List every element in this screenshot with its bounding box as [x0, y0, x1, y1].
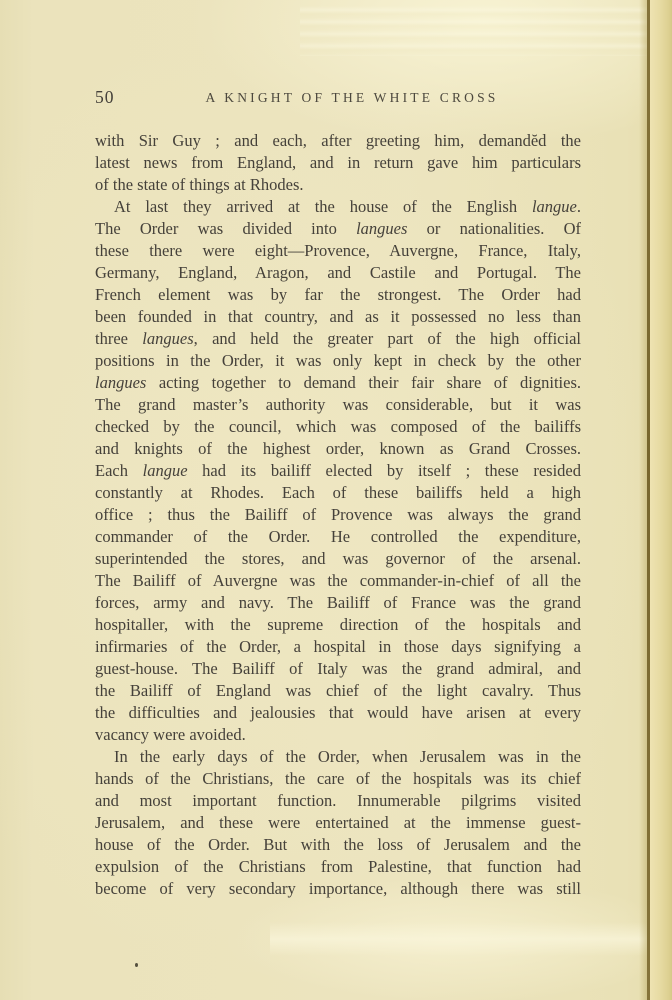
scanned-book-page: 50 A KNIGHT OF THE WHITE CROSS with Sir … — [0, 0, 672, 1000]
text-line: and knights of the highest order, known … — [95, 438, 581, 460]
text-run: hands of the Christians, the care of the… — [95, 769, 581, 788]
text-run: Each — [95, 461, 143, 480]
text-line: Each langue had its bailiff elected by i… — [95, 460, 581, 482]
page-edge-shadow — [639, 0, 647, 1000]
text-run: expulsion of the Christians from Palesti… — [95, 857, 581, 876]
text-run: checked by the council, which was compos… — [95, 417, 581, 436]
page-number: 50 — [95, 87, 115, 108]
text-line: the difficulties and jealousies that wou… — [95, 702, 581, 724]
text-line: infirmaries of the Order, a hospital in … — [95, 636, 581, 658]
running-title: A KNIGHT OF THE WHITE CROSS — [95, 87, 581, 106]
text-run: these there were eight—Provence, Auvergn… — [95, 241, 581, 260]
text-run: French element was by far the strongest.… — [95, 285, 581, 304]
text-line: commander of the Order. He controlled th… — [95, 526, 581, 548]
italic-term: langue — [143, 461, 188, 480]
text-line: the Bailiff of England was chief of the … — [95, 680, 581, 702]
text-run: with Sir Guy ; and each, after greeting … — [95, 131, 581, 150]
text-line: superintended the stores, and was govern… — [95, 548, 581, 570]
text-run: The grand master’s authority was conside… — [95, 395, 581, 414]
text-line: three langues, and held the greater part… — [95, 328, 581, 350]
text-run: Jerusalem, and these were entertained at… — [95, 813, 581, 832]
text-run: the Bailiff of England was chief of the … — [95, 681, 581, 700]
page-header: 50 A KNIGHT OF THE WHITE CROSS — [95, 87, 581, 109]
text-run: infirmaries of the Order, a hospital in … — [95, 637, 581, 656]
text-run: house of the Order. But with the loss of… — [95, 835, 581, 854]
text-run: At last they arrived at the house of the… — [114, 197, 532, 216]
italic-term: langues — [356, 219, 407, 238]
text-run: guest-house. The Bailiff of Italy was th… — [95, 659, 581, 678]
text-line: been founded in that country, and as it … — [95, 306, 581, 328]
text-run: and most important function. Innumerable… — [95, 791, 581, 810]
text-run: vacancy were avoided. — [95, 725, 246, 744]
text-run: acting together to demand their fair sha… — [146, 373, 581, 392]
text-line: of the state of things at Rhodes. — [95, 174, 581, 196]
page-edge-paper — [650, 0, 672, 1000]
text-run: three — [95, 329, 142, 348]
text-run: , and held the greater part of the high … — [194, 329, 581, 348]
text-run: of the state of things at Rhodes. — [95, 175, 304, 194]
text-run: become of very secondary importance, alt… — [95, 879, 581, 898]
italic-term: langues — [142, 329, 193, 348]
text-run: hospitaller, with the supreme direction … — [95, 615, 581, 634]
text-line: positions in the Order, it was only kept… — [95, 350, 581, 372]
text-line: latest news from England, and in return … — [95, 152, 581, 174]
text-run: had its bailiff elected by itself ; thes… — [188, 461, 581, 480]
text-run: been founded in that country, and as it … — [95, 307, 581, 326]
text-line: expulsion of the Christians from Palesti… — [95, 856, 581, 878]
text-run: . — [577, 197, 581, 216]
paper-texture-bottom-streak — [270, 922, 656, 956]
text-line: and most important function. Innumerable… — [95, 790, 581, 812]
text-run: superintended the stores, and was govern… — [95, 549, 581, 568]
text-line: Jerusalem, and these were entertained at… — [95, 812, 581, 834]
text-line: langues acting together to demand their … — [95, 372, 581, 394]
ink-spot — [135, 963, 138, 967]
text-line: hospitaller, with the supreme direction … — [95, 614, 581, 636]
text-line: guest-house. The Bailiff of Italy was th… — [95, 658, 581, 680]
text-line: The grand master’s authority was conside… — [95, 394, 581, 416]
text-line: French element was by far the strongest.… — [95, 284, 581, 306]
text-line: In the early days of the Order, when Jer… — [95, 746, 581, 768]
text-line: with Sir Guy ; and each, after greeting … — [95, 130, 581, 152]
text-run: Germany, England, Aragon, and Castile an… — [95, 263, 581, 282]
text-run: constantly at Rhodes. Each of these bail… — [95, 483, 581, 502]
text-line: constantly at Rhodes. Each of these bail… — [95, 482, 581, 504]
text-line: Germany, England, Aragon, and Castile an… — [95, 262, 581, 284]
text-run: forces, army and navy. The Bailiff of Fr… — [95, 593, 581, 612]
text-run: or nationalities. Of — [407, 219, 581, 238]
text-run: The Bailiff of Auvergne was the commande… — [95, 571, 581, 590]
text-run: positions in the Order, it was only kept… — [95, 351, 581, 370]
text-line: The Bailiff of Auvergne was the commande… — [95, 570, 581, 592]
text-line: house of the Order. But with the loss of… — [95, 834, 581, 856]
text-run: In the early days of the Order, when Jer… — [114, 747, 581, 766]
text-line: office ; thus the Bailiff of Provence wa… — [95, 504, 581, 526]
text-line: At last they arrived at the house of the… — [95, 196, 581, 218]
paper-texture-top-streaks — [300, 6, 656, 56]
text-line: forces, army and navy. The Bailiff of Fr… — [95, 592, 581, 614]
italic-term: langue — [532, 197, 577, 216]
text-line: The Order was divided into langues or na… — [95, 218, 581, 240]
text-line: become of very secondary importance, alt… — [95, 878, 581, 900]
text-line: vacancy were avoided. — [95, 724, 581, 746]
text-run: The Order was divided into — [95, 219, 356, 238]
text-line: checked by the council, which was compos… — [95, 416, 581, 438]
text-run: office ; thus the Bailiff of Provence wa… — [95, 505, 581, 524]
text-run: the difficulties and jealousies that wou… — [95, 703, 581, 722]
italic-term: langues — [95, 373, 146, 392]
text-run: commander of the Order. He controlled th… — [95, 527, 581, 546]
text-run: latest news from England, and in return … — [95, 153, 581, 172]
text-block: with Sir Guy ; and each, after greeting … — [95, 130, 581, 900]
text-line: these there were eight—Provence, Auvergn… — [95, 240, 581, 262]
text-line: hands of the Christians, the care of the… — [95, 768, 581, 790]
text-run: and knights of the highest order, known … — [95, 439, 581, 458]
